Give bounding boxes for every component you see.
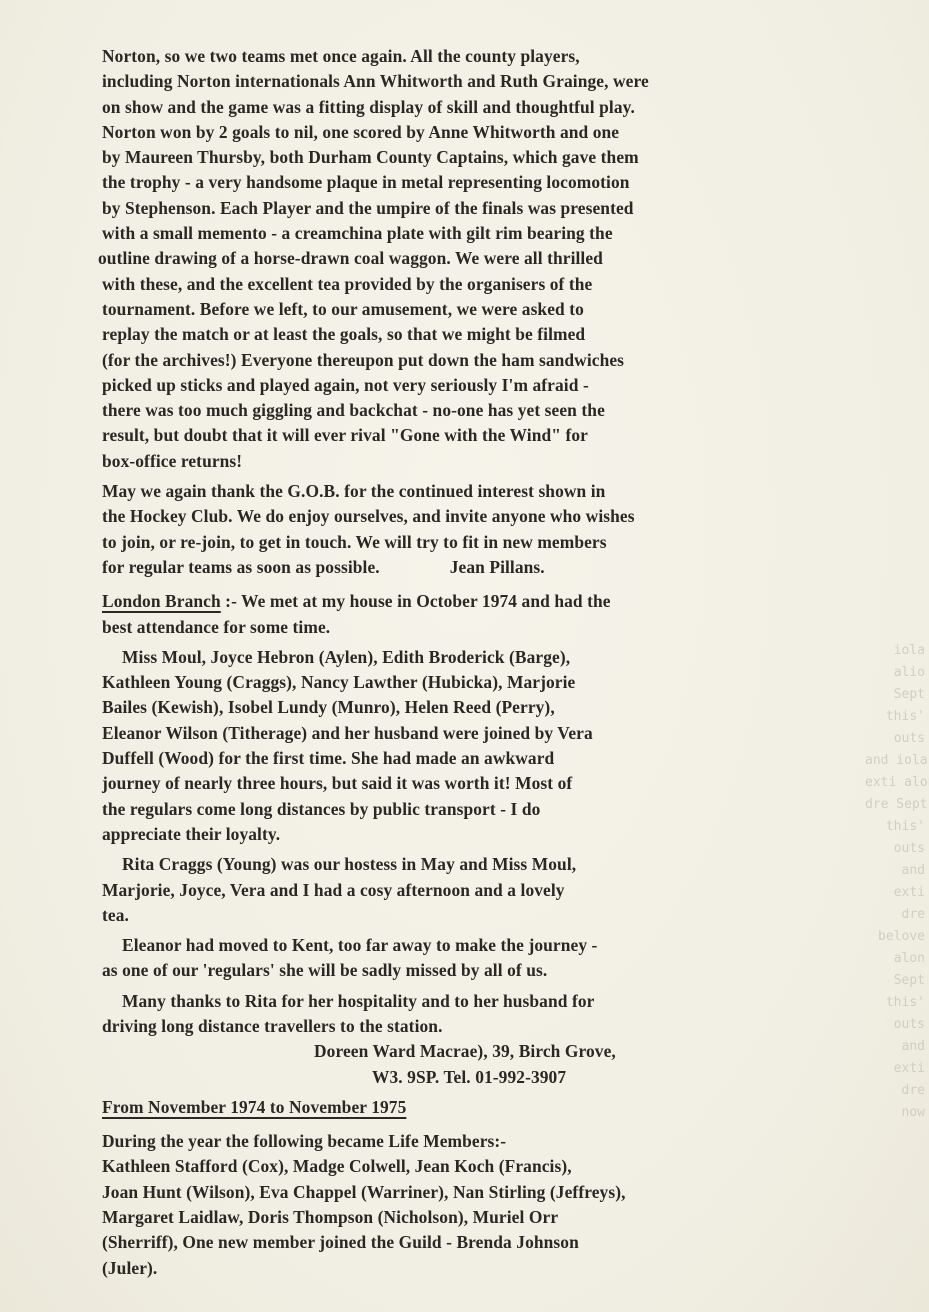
text-fragment: for regular teams as soon as possible. xyxy=(102,557,380,577)
bleed-through-text: iola alio Sept this' outs and iola exti … xyxy=(865,640,929,1312)
text-line: driving long distance travellers to the … xyxy=(102,1014,842,1039)
text-line: London Branch :- We met at my house in O… xyxy=(102,589,842,614)
hockey-report: Norton, so we two teams met once again. … xyxy=(102,44,842,580)
text-line: Rita Craggs (Young) was our hostess in M… xyxy=(102,852,842,877)
text-line: replay the match or at least the goals, … xyxy=(102,322,842,347)
text-line: tournament. Before we left, to our amuse… xyxy=(102,297,842,322)
life-members-section: From November 1974 to November 1975 Duri… xyxy=(102,1095,842,1281)
text-fragment: :- We met at my house in October 1974 an… xyxy=(221,591,611,611)
text-line: (Juler). xyxy=(102,1256,842,1281)
text-line: box-office returns! xyxy=(102,449,842,474)
text-line: with these, and the excellent tea provid… xyxy=(102,272,842,297)
text-line: (for the archives!) Everyone thereupon p… xyxy=(102,348,842,373)
text-line: there was too much giggling and backchat… xyxy=(102,398,842,423)
signature-jean-pillans: Jean Pillans. xyxy=(380,557,545,577)
text-line: journey of nearly three hours, but said … xyxy=(102,771,842,796)
text-line: with a small memento - a creamchina plat… xyxy=(102,221,842,246)
scanned-page: iola alio Sept this' outs and iola exti … xyxy=(0,0,929,1312)
text-line: picked up sticks and played again, not v… xyxy=(102,373,842,398)
text-line: appreciate their loyalty. xyxy=(102,822,842,847)
text-line: by Maureen Thursby, both Durham County C… xyxy=(102,145,842,170)
text-line: as one of our 'regulars' she will be sad… xyxy=(102,958,842,983)
text-line: including Norton internationals Ann Whit… xyxy=(102,69,842,94)
text-line: Duffell (Wood) for the first time. She h… xyxy=(102,746,842,771)
text-line: for regular teams as soon as possible.Je… xyxy=(102,555,842,580)
text-line: Norton, so we two teams met once again. … xyxy=(102,44,842,69)
signature-address-line-2: W3. 9SP. Tel. 01-992-3907 xyxy=(102,1065,842,1090)
text-line: Kathleen Young (Craggs), Nancy Lawther (… xyxy=(102,670,842,695)
text-line: on show and the game was a fitting displ… xyxy=(102,95,842,120)
signature-address-line-1: Doreen Ward Macrae), 39, Birch Grove, xyxy=(102,1039,842,1064)
text-line: During the year the following became Lif… xyxy=(102,1129,842,1154)
london-branch-section: London Branch :- We met at my house in O… xyxy=(102,589,842,1090)
text-line: by Stephenson. Each Player and the umpir… xyxy=(102,196,842,221)
text-line: Norton won by 2 goals to nil, one scored… xyxy=(102,120,842,145)
text-line: the regulars come long distances by publ… xyxy=(102,797,842,822)
text-line: May we again thank the G.O.B. for the co… xyxy=(102,479,842,504)
text-line: tea. xyxy=(102,903,842,928)
text-line: Eleanor Wilson (Titherage) and her husba… xyxy=(102,721,842,746)
page-text: Norton, so we two teams met once again. … xyxy=(102,44,842,1281)
text-line: Eleanor had moved to Kent, too far away … xyxy=(102,933,842,958)
text-line: the trophy - a very handsome plaque in m… xyxy=(102,170,842,195)
text-line: Many thanks to Rita for her hospitality … xyxy=(102,989,842,1014)
text-line: Marjorie, Joyce, Vera and I had a cosy a… xyxy=(102,878,842,903)
text-line: to join, or re-join, to get in touch. We… xyxy=(102,530,842,555)
text-line: Bailes (Kewish), Isobel Lundy (Munro), H… xyxy=(102,695,842,720)
section-heading-london-branch: London Branch xyxy=(102,591,221,611)
text-line: Joan Hunt (Wilson), Eva Chappel (Warrine… xyxy=(102,1180,842,1205)
text-line: the Hockey Club. We do enjoy ourselves, … xyxy=(102,504,842,529)
text-line: best attendance for some time. xyxy=(102,615,842,640)
text-line: outline drawing of a horse-drawn coal wa… xyxy=(98,246,842,271)
section-heading-life-members: From November 1974 to November 1975 xyxy=(102,1097,406,1117)
text-line: Margaret Laidlaw, Doris Thompson (Nichol… xyxy=(102,1205,842,1230)
text-line: result, but doubt that it will ever riva… xyxy=(102,423,842,448)
text-line: From November 1974 to November 1975 xyxy=(102,1095,842,1120)
text-line: Kathleen Stafford (Cox), Madge Colwell, … xyxy=(102,1154,842,1179)
text-line: Miss Moul, Joyce Hebron (Aylen), Edith B… xyxy=(102,645,842,670)
text-line: (Sherriff), One new member joined the Gu… xyxy=(102,1230,842,1255)
